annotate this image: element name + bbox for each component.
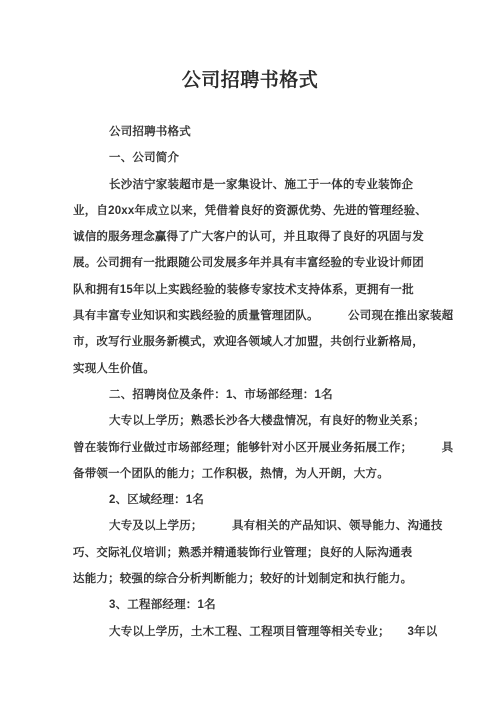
- text-line: 具有丰富专业知识和实践经验的质量管理团队。 公司现在推出家装超: [73, 303, 433, 329]
- text-line: 二、招聘岗位及条件：1、市场部经理：1名: [73, 382, 433, 408]
- text-line: 市，改写行业服务新模式，欢迎各领域人才加盟，共创行业新格局，: [73, 329, 433, 355]
- text-line: 长沙洁宁家装超市是一家集设计、施工于一体的专业装饰企: [73, 172, 433, 198]
- text-line: 大专及以上学历； 具有相关的产品知识、领导能力、沟通技: [73, 513, 433, 539]
- text-line: 公司招聘书格式: [73, 119, 433, 145]
- text-line: 曾在装饰行业做过市场部经理；能够针对小区开展业务拓展工作； 具: [73, 435, 433, 461]
- document-body: 公司招聘书格式一、公司简介长沙洁宁家装超市是一家集设计、施工于一体的专业装饰企业…: [73, 119, 433, 645]
- text-line: 大专以上学历；熟悉长沙各大楼盘情况，有良好的物业关系；: [73, 408, 433, 434]
- text-line: 达能力；较强的综合分析判断能力；较好的计划制定和执行能力。: [73, 566, 433, 592]
- text-line: 一、公司简介: [73, 145, 433, 171]
- text-line: 巧、交际礼仪培训；熟悉并精通装饰行业管理；良好的人际沟通表: [73, 540, 433, 566]
- text-line: 实现人生价值。: [73, 356, 433, 382]
- text-line: 展。公司拥有一批跟随公司发展多年并具有丰富经验的专业设计师团: [73, 250, 433, 276]
- text-line: 备带领一个团队的能力；工作积极，热情，为人开朗，大方。: [73, 461, 433, 487]
- text-line: 2、区域经理：1名: [73, 487, 433, 513]
- text-line: 业，自20xx年成立以来，凭借着良好的资源优势、先进的管理经验、: [73, 198, 433, 224]
- text-line: 队和拥有15年以上实践经验的装修专家技术支持体系，更拥有一批: [73, 277, 433, 303]
- document-page: 公司招聘书格式 公司招聘书格式一、公司简介长沙洁宁家装超市是一家集设计、施工于一…: [0, 0, 500, 708]
- text-line: 诚信的服务理念赢得了广大客户的认可，并且取得了良好的巩固与发: [73, 224, 433, 250]
- document-title: 公司招聘书格式: [0, 67, 500, 94]
- text-line: 大专以上学历，土木工程、工程项目管理等相关专业； 3年以: [73, 619, 433, 645]
- text-line: 3、工程部经理：1名: [73, 592, 433, 618]
